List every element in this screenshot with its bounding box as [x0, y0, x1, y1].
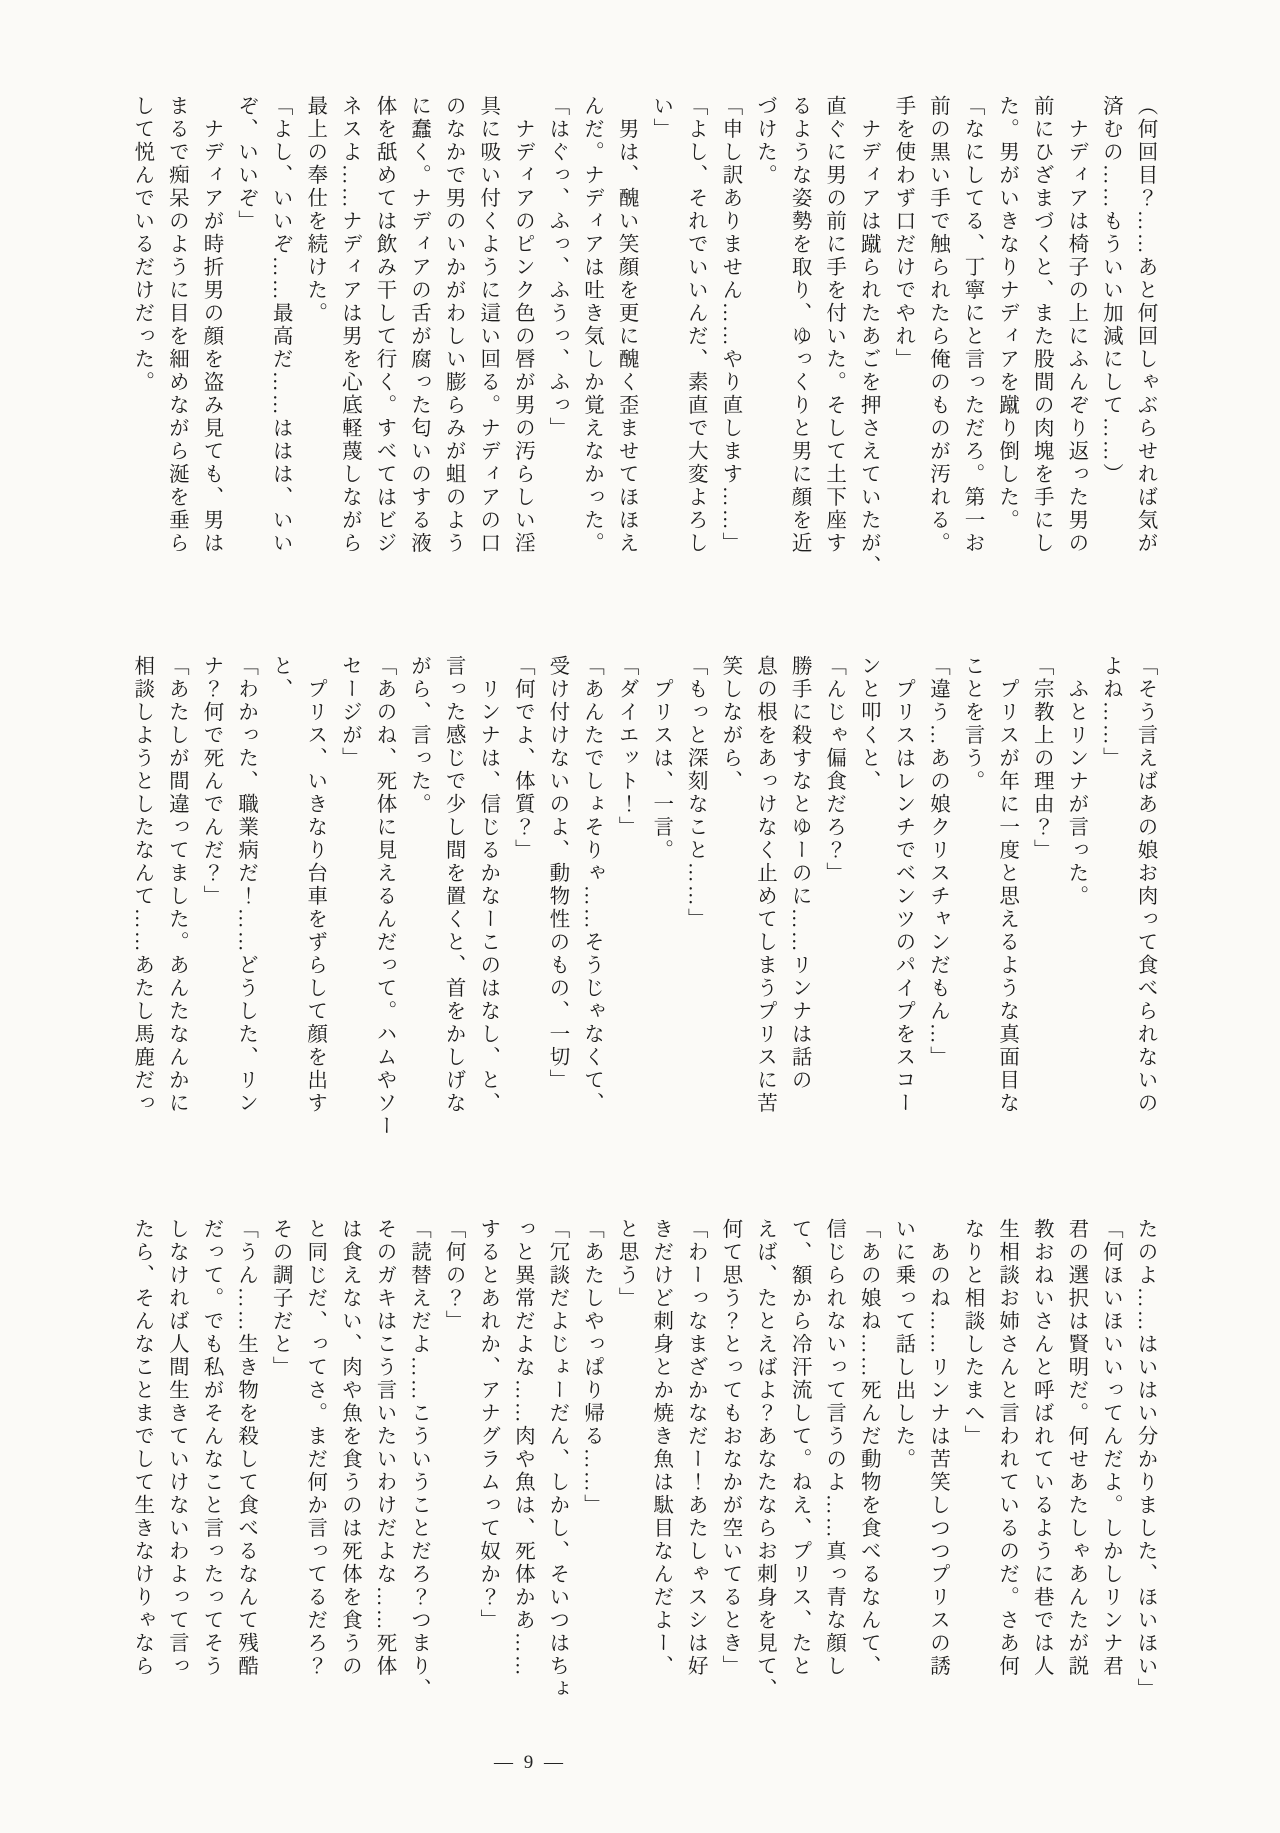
text-band-top: （何回目？……あと何回しゃぶらせれば気が済むの……もういい加減にして……） ナデ…	[116, 95, 1162, 613]
text-column: 「そう言えばあの娘お肉って食べられないの	[1127, 655, 1162, 1173]
text-column: ナ？何で死んでんだ？」	[193, 655, 228, 1173]
text-column: プリスはレンチでベンツのパイプをスコー	[885, 655, 920, 1173]
text-column: しなければ人間生きていけないわよって言っ	[159, 1218, 194, 1736]
text-column: えば、たとえばよ？あなたならお刺身を見て、	[747, 1218, 782, 1736]
text-column: 「んじゃ偏食だろ？」	[816, 655, 851, 1173]
text-column: んだ。ナディアは吐き気しか覚えなかった。	[574, 95, 609, 613]
text-column: きだけど刺身とか焼き魚は駄目なんだよー、	[643, 1218, 678, 1736]
text-column: たのよ……はいはい分かりました、ほいほい」	[1127, 1218, 1162, 1736]
text-column: 息の根をあっけなく止めてしまうプリスに苦	[747, 655, 782, 1173]
text-column: 「何ほいほいいってんだよ。しかしリンナ君	[1093, 1218, 1128, 1736]
text-column: 「違う…あの娘クリスチャンだもん…」	[920, 655, 955, 1173]
page-number: — 9 —	[0, 1752, 1060, 1774]
text-column: 勝手に殺すなとゆーのに……リンナは話の	[781, 655, 816, 1173]
text-column: ぞ、いいぞ」	[228, 95, 263, 613]
text-column: と、	[263, 655, 298, 1173]
text-column: 「あたしやっぱり帰る……」	[574, 1218, 609, 1736]
text-column: 相談しようとしたなんて……あたし馬鹿だっ	[124, 655, 159, 1173]
text-column: 生相談お姉さんと言われているのだ。さあ何	[989, 1218, 1024, 1736]
text-band-middle: 「そう言えばあの娘お肉って食べられないのよね……」 ふとリンナが言った。「宗教上…	[116, 655, 1162, 1173]
text-column: するとあれか、アナグラムって奴か？」	[470, 1218, 505, 1736]
text-column: 信じられないって言うのよ……真っ青な顔し	[816, 1218, 851, 1736]
text-column: 言った感じで少し間を置くと、首をかしげな	[436, 655, 471, 1173]
text-column: ことを言う。	[954, 655, 989, 1173]
text-column: 「うん……生き物を殺して食べるなんて残酷	[228, 1218, 263, 1736]
text-column: づけた。	[747, 95, 782, 613]
text-column: まるで痴呆のように目を細めながら涎を垂ら	[159, 95, 194, 613]
text-column: セージが」	[332, 655, 367, 1173]
text-column: 教おねいさんと呼ばれているように巷では人	[1024, 1218, 1059, 1736]
text-column: 具に吸い付くように這い回る。ナディアの口	[470, 95, 505, 613]
text-column: ナディアが時折男の顔を盗み見ても、男は	[193, 95, 228, 613]
text-column: ナディアは椅子の上にふんぞり返った男の	[1058, 95, 1093, 613]
text-column: 最上の奉仕を続けた。	[297, 95, 332, 613]
text-column: て、額から冷汗流して。ねえ、プリス、たと	[781, 1218, 816, 1736]
text-column: いに乗って話し出した。	[885, 1218, 920, 1736]
text-column: ナディアは蹴られたあごを押さえていたが、	[851, 95, 886, 613]
text-column: た。男がいきなりナディアを蹴り倒した。	[989, 95, 1024, 613]
text-column: あのね……リンナは苦笑しつつプリスの誘	[920, 1218, 955, 1736]
text-column: たら、そんなことまでして生きなけりゃなら	[124, 1218, 159, 1736]
text-column: プリスが年に一度と思えるような真面目な	[989, 655, 1024, 1173]
text-column: よね……」	[1093, 655, 1128, 1173]
text-column: と思う」	[609, 1218, 644, 1736]
text-column: い」	[643, 95, 678, 613]
text-column: 「冗談だよじょーだん、しかし、そいつはちょ	[539, 1218, 574, 1736]
text-column: プリス、いきなり台車をずらして顔を出す	[297, 655, 332, 1173]
text-column: 「もっと深刻なこと……」	[678, 655, 713, 1173]
text-column: 「あんたでしょそりゃ……そうじゃなくて、	[574, 655, 609, 1173]
text-column: 「ダイエット！」	[609, 655, 644, 1173]
text-column: と同じだ、ってさ。まだ何か言ってるだろ？	[297, 1218, 332, 1736]
text-column: だって。でも私がそんなこと言ったってそう	[193, 1218, 228, 1736]
text-column: 受け付けないのよ、動物性のもの、一切」	[539, 655, 574, 1173]
text-column: なりと相談したまへ」	[954, 1218, 989, 1736]
text-column: 「なにしてる、丁寧にと言っただろ。第一お	[954, 95, 989, 613]
text-column: 君の選択は賢明だ。何せあたしゃあんたが説	[1058, 1218, 1093, 1736]
text-column: 「何の？」	[436, 1218, 471, 1736]
text-column: っと異常だよな……肉や魚は、死体かあ……	[505, 1218, 540, 1736]
text-column: 「読替えだよ……こういうことだろ？つまり、	[401, 1218, 436, 1736]
text-column: 「宗教上の理由？」	[1024, 655, 1059, 1173]
text-column: 前の黒い手で触られたら俺のものが汚れる。	[920, 95, 955, 613]
text-band-bottom: たのよ……はいはい分かりました、ほいほい」「何ほいほいいってんだよ。しかしリンナ…	[116, 1218, 1162, 1736]
text-column: 「わーっなまざかなだー！あたしゃスシは好	[678, 1218, 713, 1736]
text-column: 「あの娘ね……死んだ動物を食べるなんて、	[851, 1218, 886, 1736]
text-column: 直ぐに男の前に手を付いた。そして土下座す	[816, 95, 851, 613]
text-column: は食えない、肉や魚を食うのは死体を食うの	[332, 1218, 367, 1736]
text-column: のなかで男のいかがわしい膨らみが蛆のよう	[436, 95, 471, 613]
text-column: 何て思う？とってもおなかが空いてるとき」	[712, 1218, 747, 1736]
text-column: 「申し訳ありません……やり直します……」	[712, 95, 747, 613]
text-column: 前にひざまづくと、また股間の肉塊を手にし	[1024, 95, 1059, 613]
text-column: 「わかった、職業病だ！……どうした、リン	[228, 655, 263, 1173]
text-column: 「よし、それでいいんだ、素直で大変よろし	[678, 95, 713, 613]
text-column: そのガキはこう言いたいわけだよな……死体	[366, 1218, 401, 1736]
text-column: ネスよ……ナディアは男を心底軽蔑しながら	[332, 95, 367, 613]
text-column: 「あたしが間違ってました。あんたなんかに	[159, 655, 194, 1173]
text-column: プリスは、一言。	[643, 655, 678, 1173]
text-column: リンナは、信じるかなーこのはなし、と、	[470, 655, 505, 1173]
text-column: ナディアのピンク色の唇が男の汚らしい淫	[505, 95, 540, 613]
text-column: 「はぐっ、ふっ、ふうっ、ふっ」	[539, 95, 574, 613]
text-column: るような姿勢を取り、ゆっくりと男に顔を近	[781, 95, 816, 613]
text-column: 笑しながら、	[712, 655, 747, 1173]
text-column: 「あのね、死体に見えるんだって。ハムやソー	[366, 655, 401, 1173]
text-column: 「何でよ、体質？」	[505, 655, 540, 1173]
text-column: 男は、醜い笑顔を更に醜く歪ませてほほえ	[609, 95, 644, 613]
text-column: ふとリンナが言った。	[1058, 655, 1093, 1173]
text-column: に蠢く。ナディアの舌が腐った匂いのする液	[401, 95, 436, 613]
scanned-doujinshi-page: （何回目？……あと何回しゃぶらせれば気が済むの……もういい加減にして……） ナデ…	[0, 0, 1280, 1833]
text-column: （何回目？……あと何回しゃぶらせれば気が	[1127, 95, 1162, 613]
text-column: がら、言った。	[401, 655, 436, 1173]
text-column: して悦んでいるだけだった。	[124, 95, 159, 613]
text-column: 手を使わず口だけでやれ」	[885, 95, 920, 613]
text-column: 済むの……もういい加減にして……）	[1093, 95, 1128, 613]
text-column: その調子だと」	[263, 1218, 298, 1736]
text-column: 「よし、いいぞ……最高だ……ははは、いい	[263, 95, 298, 613]
text-column: 体を舐めては飲み干して行く。すべてはビジ	[366, 95, 401, 613]
text-column: ンと叩くと、	[851, 655, 886, 1173]
